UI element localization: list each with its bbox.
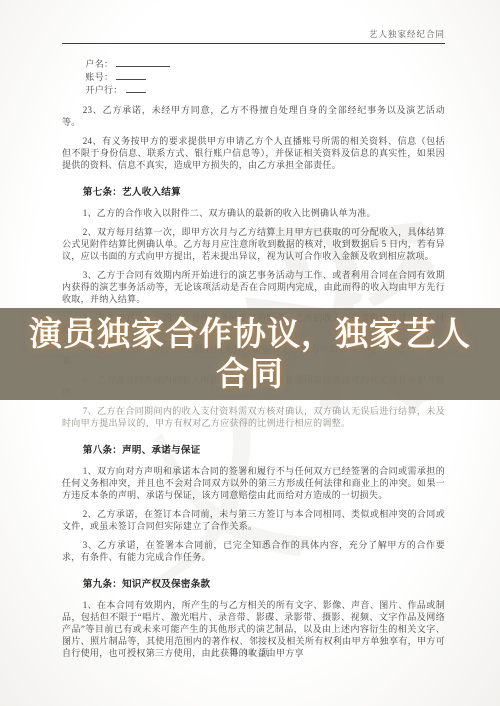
field-label: 户名： xyxy=(85,59,113,69)
clause-paragraph: 3、乙方承诺，在签署本合同前，已完全知悉合作的具体内容，充分了解甲方的合作要求，… xyxy=(62,539,445,563)
clause-paragraph: 2、乙方承诺，在签订本合同前，未与第三方签订与本合同相同、类似或相冲突的合同或文… xyxy=(62,508,445,532)
page-header: 艺人独家经纪合同 xyxy=(0,0,500,44)
clause-paragraph: 1、乙方的合作收入以附件二、双方确认的最新的收入比例确认单为准。 xyxy=(62,207,445,219)
document-page: 采 乂 艺人独家经纪合同 户名：账号：开户行：23、乙方承诺，未经甲方同意，乙方… xyxy=(0,0,500,706)
section-heading: 第七条：艺人收入结算 xyxy=(62,186,445,200)
bank-field: 开户行： xyxy=(62,84,445,97)
clause-paragraph: 3、乙方于合同有效期内所开始进行的演艺事务活动与工作、或者利用合同在合同有效期内… xyxy=(62,269,445,305)
field-label: 开户行： xyxy=(85,85,122,95)
clause-paragraph: 7、乙方在合同期间内的收入支付资料需双方核对确认，双方确认无误后进行结算，未及时… xyxy=(62,405,445,429)
clause-paragraph: 23、乙方承诺，未经甲方同意，乙方不得擅自处理自身的全部经纪事务以及演艺活动等。 xyxy=(62,104,445,128)
bank-field: 户名： xyxy=(62,58,445,71)
document-title-label: 艺人独家经纪合同 xyxy=(62,28,445,40)
section-heading: 第八条：声明、承诺与保证 xyxy=(62,444,445,458)
banner-title-line1: 演员独家合作协议，独家艺人 xyxy=(29,314,471,354)
title-banner-overlay: 演员独家合作协议，独家艺人 合同 xyxy=(0,308,500,400)
clause-paragraph: 24、有义务按甲方的要求提供甲方申请乙方个人直播账号所需的相关资料、信息（包括但… xyxy=(62,135,445,171)
blank-underline xyxy=(126,84,146,93)
clause-paragraph: 1、双方向对方声明和承诺本合同的签署和履行不与任何双方已经签署的合同或需承担的任… xyxy=(62,465,445,501)
page-number: 第 11 页 xyxy=(0,646,500,658)
bank-field: 账号： xyxy=(62,71,445,84)
field-label: 账号： xyxy=(85,72,113,82)
banner-title-line2: 合同 xyxy=(216,354,284,394)
clause-paragraph: 2、双方每月结算一次，即甲方次月与乙方结算上月甲方已获取的可分配收入，具体结算公… xyxy=(62,226,445,262)
blank-underline xyxy=(116,71,146,80)
blank-underline xyxy=(116,58,170,67)
section-heading: 第九条：知识产权及保密条款 xyxy=(62,578,445,592)
